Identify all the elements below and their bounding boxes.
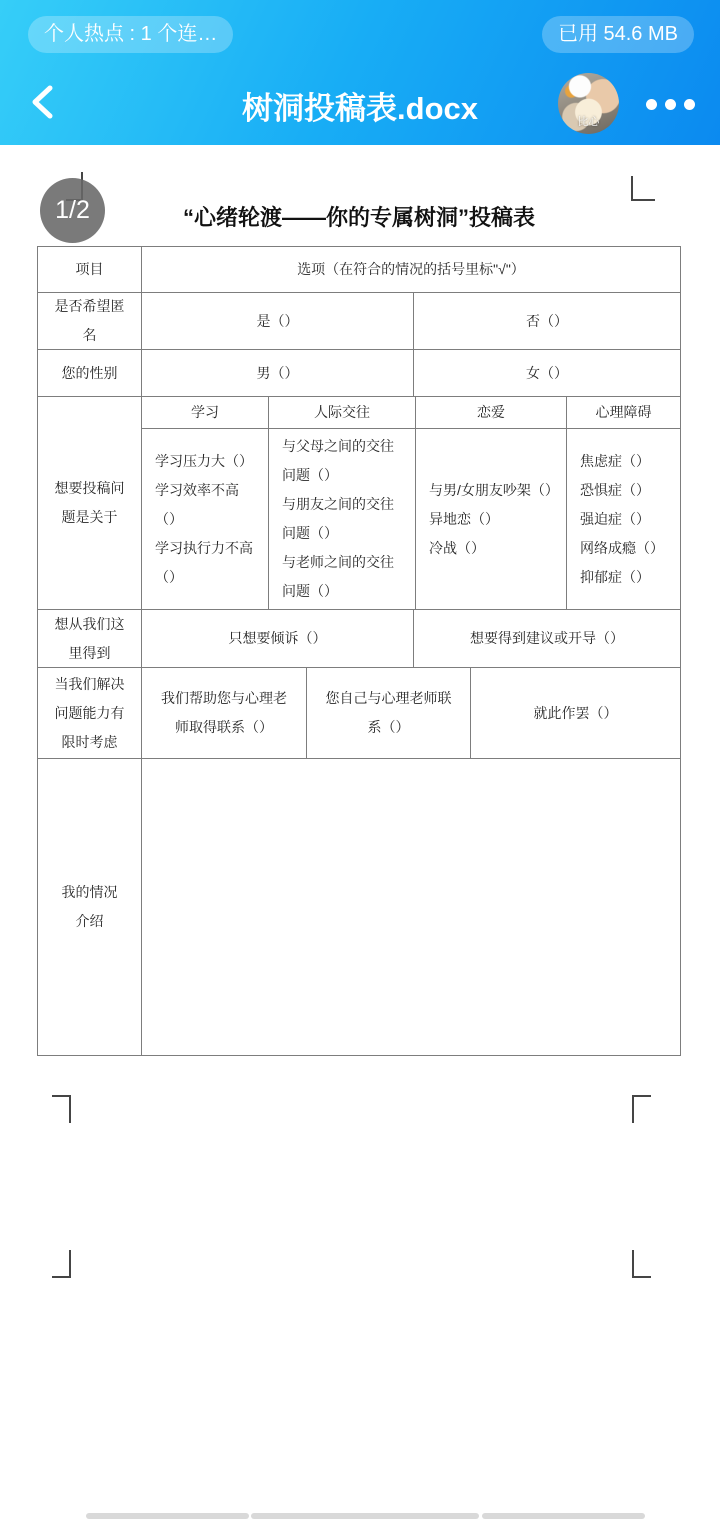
option-cell-listen: 只想要倾诉（）: [141, 610, 413, 667]
option-cell-we-contact: 我们帮助您与心理老师取得联系（）: [141, 668, 306, 758]
table-row-gender: 您的性别 男（） 女（）: [38, 349, 680, 396]
dot-icon: [665, 99, 676, 110]
table-row-anonymous: 是否希望匿名 是（） 否（）: [38, 292, 680, 349]
row-label: 当我们解决问题能力有限时考虑: [38, 668, 141, 758]
option-item: 冷战（）: [429, 534, 553, 563]
row-label: 项目: [38, 247, 141, 292]
option-item: 与老师之间的交往问题（）: [282, 548, 402, 606]
study-options: 学习压力大（） 学习效率不高（） 学习执行力不高（）: [141, 428, 268, 609]
hotspot-status-text: 个人热点 : 1 个连…: [44, 23, 217, 45]
back-button[interactable]: [30, 84, 64, 124]
data-usage-text: 已用 54.6 MB: [558, 23, 678, 45]
option-item: 焦虑症（）: [580, 447, 667, 476]
back-icon: [30, 84, 54, 125]
status-pill-data-usage: 已用 54.6 MB: [542, 16, 694, 53]
row-label: 您的性别: [38, 350, 141, 396]
topic-category-header: 学习 人际交往 恋爱 心理障碍: [141, 397, 680, 428]
table-row-expectation: 想从我们这里得到 只想要倾诉（） 想要得到建议或开导（）: [38, 609, 680, 667]
document-page[interactable]: 1/2 “心绪轮渡——你的专属树洞”投稿表 项目 选项（在符合的情况的括号里标"…: [0, 145, 720, 1520]
crop-mark-top-right: [631, 176, 655, 201]
option-item: 学习执行力不高（）: [155, 534, 255, 592]
dot-icon: [684, 99, 695, 110]
app-header: 个人热点 : 1 个连… 已用 54.6 MB 树洞投稿表.docx 比心: [0, 0, 720, 145]
bottom-toolbar-segment-3[interactable]: [482, 1513, 645, 1519]
category-mental: 心理障碍: [566, 397, 680, 428]
row-label: 想从我们这里得到: [38, 610, 141, 667]
more-menu-button[interactable]: [646, 97, 695, 111]
crop-mark-page1-bottom-right: [632, 1095, 651, 1123]
crop-mark-page2-top-right: [632, 1250, 651, 1278]
option-item: 与父母之间的交往问题（）: [282, 432, 402, 490]
category-social: 人际交往: [268, 397, 415, 428]
row-label: 是否希望匿名: [38, 293, 141, 349]
table-row-topic: 想要投稿问题是关于 学习 人际交往 恋爱 心理障碍 学习压力大（） 学习效率不高…: [38, 396, 680, 609]
status-pill-hotspot: 个人热点 : 1 个连…: [28, 16, 233, 53]
option-item: 恐惧症（）: [580, 476, 667, 505]
option-cell-drop-it: 就此作罢（）: [470, 668, 680, 758]
category-study: 学习: [141, 397, 268, 428]
crop-mark-page1-bottom-left: [52, 1095, 71, 1123]
avatar-watermark: 比心: [558, 113, 619, 129]
option-item: 强迫症（）: [580, 505, 667, 534]
option-item: 异地恋（）: [429, 505, 553, 534]
option-cell-yes: 是（）: [141, 293, 413, 349]
option-item: 抑郁症（）: [580, 563, 667, 592]
option-cell-male: 男（）: [141, 350, 413, 396]
option-item: 与男/女朋友吵架（）: [429, 476, 553, 505]
page-number-badge: 1/2: [40, 178, 105, 243]
option-item: 学习效率不高（）: [155, 476, 255, 534]
bottom-toolbar-segment-2[interactable]: [251, 1513, 479, 1519]
table-row-self-intro: 我的情况 介绍: [38, 758, 680, 1055]
option-item: 学习压力大（）: [155, 447, 255, 476]
option-cell-no: 否（）: [413, 293, 680, 349]
row-label: 想要投稿问题是关于: [38, 397, 141, 609]
dot-icon: [646, 99, 657, 110]
social-options: 与父母之间的交往问题（） 与朋友之间的交往问题（） 与老师之间的交往问题（）: [268, 428, 415, 609]
table-row-fallback: 当我们解决问题能力有限时考虑 我们帮助您与心理老师取得联系（） 您自己与心理老师…: [38, 667, 680, 758]
avatar[interactable]: 比心: [558, 73, 619, 134]
option-cell-self-contact: 您自己与心理老师联系（）: [306, 668, 470, 758]
love-options: 与男/女朋友吵架（） 异地恋（） 冷战（）: [415, 428, 566, 609]
form-title: “心绪轮渡——你的专属树洞”投稿表: [37, 201, 681, 232]
category-love: 恋爱: [415, 397, 566, 428]
option-cell-female: 女（）: [413, 350, 680, 396]
option-cell-advice: 想要得到建议或开导（）: [413, 610, 680, 667]
form-table: 项目 选项（在符合的情况的括号里标"√"） 是否希望匿名 是（） 否（） 您的性…: [37, 246, 681, 1056]
mental-options: 焦虑症（） 恐惧症（） 强迫症（） 网络成瘾（） 抑郁症（）: [566, 428, 680, 609]
crop-mark-page2-top-left: [52, 1250, 71, 1278]
row-label: 我的情况 介绍: [38, 759, 141, 1055]
self-intro-blank-cell: [141, 759, 680, 1055]
bottom-toolbar-segment-1[interactable]: [86, 1513, 249, 1519]
option-item: 网络成瘾（）: [580, 534, 667, 563]
topic-options-body: 学习压力大（） 学习效率不高（） 学习执行力不高（） 与父母之间的交往问题（） …: [141, 428, 680, 609]
table-row-item-header: 项目 选项（在符合的情况的括号里标"√"）: [38, 247, 680, 292]
table-cell: 选项（在符合的情况的括号里标"√"）: [141, 247, 680, 292]
option-item: 与朋友之间的交往问题（）: [282, 490, 402, 548]
